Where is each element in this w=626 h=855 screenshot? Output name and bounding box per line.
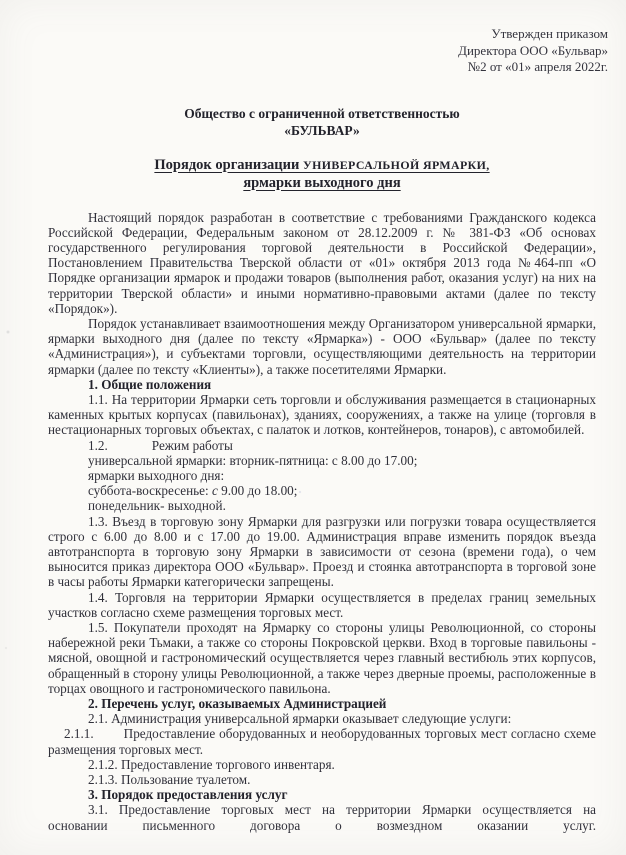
title-line-1: Порядок организации УНИВЕРСАЛЬНОЙ ЯРМАРК… xyxy=(48,156,596,174)
clause-1-2-number: 1.2. xyxy=(88,438,108,453)
schedule-sat-rest: 9.00 до 18.00; xyxy=(218,483,298,498)
title-text-main: Порядок организации xyxy=(154,157,303,173)
clause-2-1: 2.1. Администрация универсальной ярмарки… xyxy=(48,711,596,726)
clause-2-1-1: 2.1.1.Предоставление оборудованных и нео… xyxy=(48,726,596,756)
schedule-line-universal: универсальной ярмарки: вторник-пятница: … xyxy=(48,453,596,468)
section-2-heading: 2. Перечень услуг, оказываемых Администр… xyxy=(48,696,596,711)
approval-line-3: №2 от «01» апреля 2022г. xyxy=(48,59,608,76)
org-name-line-1: Общество с ограниченной ответственностью xyxy=(48,105,596,122)
org-name-block: Общество с ограниченной ответственностью… xyxy=(48,105,596,139)
clause-2-1-3: 2.1.3. Пользование туалетом. xyxy=(48,772,596,787)
clause-2-1-1-number: 2.1.1. xyxy=(64,726,94,741)
clause-2-1-1-text: Предоставление оборудованных и необорудо… xyxy=(48,726,596,756)
clause-1-2-label: Режим работы xyxy=(152,438,233,453)
approval-block: Утвержден приказом Директора ООО «Бульва… xyxy=(48,26,608,76)
approval-line-2: Директора ООО «Бульвар» xyxy=(48,43,608,60)
schedule-line-monday: понедельник- выходной. xyxy=(48,498,596,513)
clause-3-1: 3.1. Предоставление торговых мест на тер… xyxy=(48,802,596,832)
schedule-line-weekend: ярмарки выходного дня: xyxy=(48,468,596,483)
section-3-heading: 3. Порядок предоставления услуг xyxy=(48,787,596,802)
clause-1-4: 1.4. Торговля на территории Ярмарки осущ… xyxy=(48,590,596,620)
document-body: Настоящий порядок разработан в соответст… xyxy=(48,210,596,833)
clause-1-1: 1.1. На территории Ярмарки сеть торговли… xyxy=(48,392,596,438)
title-line-2: ярмарки выходного дня xyxy=(48,174,596,192)
document-title: Порядок организации УНИВЕРСАЛЬНОЙ ЯРМАРК… xyxy=(48,156,596,192)
approval-line-1: Утвержден приказом xyxy=(48,26,608,43)
document-page: Утвержден приказом Директора ООО «Бульва… xyxy=(0,0,626,855)
schedule-line-sat-sun: суббота-воскресенье: с 9.00 до 18.00; xyxy=(48,483,596,498)
schedule-sat-prefix: суббота-воскресенье: xyxy=(88,483,212,498)
clause-2-1-2: 2.1.2. Предоставление торгового инвентар… xyxy=(48,757,596,772)
title-text-caps: УНИВЕРСАЛЬНОЙ ЯРМАРКИ, xyxy=(303,158,490,172)
section-1-heading: 1. Общие положения xyxy=(48,377,596,392)
clause-1-5: 1.5. Покупатели проходят на Ярмарку со с… xyxy=(48,620,596,696)
paragraph-intro-1: Настоящий порядок разработан в соответст… xyxy=(48,210,596,316)
org-name-line-2: «БУЛЬВАР» xyxy=(48,122,596,139)
paragraph-intro-2: Порядок устанавливает взаимоотношения ме… xyxy=(48,316,596,377)
clause-1-3: 1.3. Въезд в торговую зону Ярмарки для р… xyxy=(48,514,596,590)
clause-1-2: 1.2.Режим работы xyxy=(48,438,596,453)
